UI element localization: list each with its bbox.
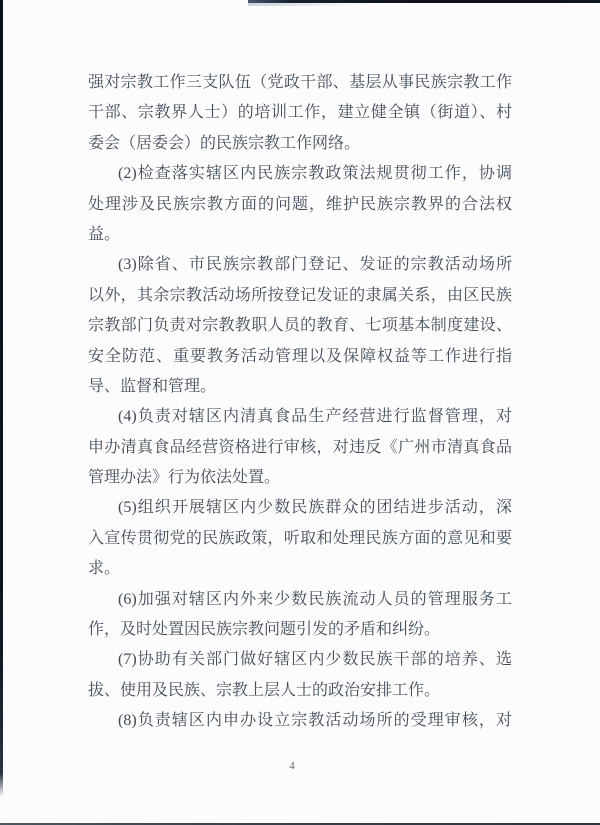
text-line: 申办清真食品经营资格进行审核，对违反《广州市清真食品 [88, 433, 512, 463]
text-line: (4)负责对辖区内清真食品生产经营进行监督管理，对 [88, 402, 512, 432]
text-line: 拔、使用及民族、宗教上层人士的政治安排工作。 [88, 676, 512, 706]
text-line: 干部、宗教界人士）的培训工作，建立健全镇（街道）、村 [88, 98, 512, 128]
text-line: 强对宗教工作三支队伍（党政干部、基层从事民族宗教工作 [88, 68, 512, 98]
text-line: (6)加强对辖区内外来少数民族流动人员的管理服务工 [88, 585, 512, 615]
scan-edge-top [248, 0, 600, 3]
text-line: (7)协助有关部门做好辖区内少数民族干部的培养、选 [88, 645, 512, 675]
text-line: (2)检查落实辖区内民族宗教政策法规贯彻工作，协调 [88, 159, 512, 189]
scan-edge-left [0, 0, 3, 797]
text-line: (5)组织开展辖区内少数民族群众的团结进步活动，深 [88, 493, 512, 523]
text-line: 管理办法》行为依法处置。 [88, 463, 512, 493]
text-line: (3)除省、市民族宗教部门登记、发证的宗教活动场所 [88, 250, 512, 280]
text-line: 委会（居委会）的民族宗教工作网络。 [88, 129, 512, 159]
text-line: 宗教部门负责对宗教教职人员的教育、七项基本制度建设、 [88, 311, 512, 341]
page-number: 4 [280, 759, 304, 773]
text-line: 作，及时处置因民族宗教问题引发的矛盾和纠纷。 [88, 615, 512, 645]
text-line: 处理涉及民族宗教方面的问题，维护民族宗教界的合法权 [88, 190, 512, 220]
text-line: 益。 [88, 220, 512, 250]
text-line: (8)负责辖区内申办设立宗教活动场所的受理审核，对 [88, 706, 512, 736]
document-body-text: 强对宗教工作三支队伍（党政干部、基层从事民族宗教工作干部、宗教界人士）的培训工作… [88, 68, 512, 737]
text-line: 求。 [88, 554, 512, 584]
text-line: 安全防范、重要教务活动管理以及保障权益等工作进行指 [88, 342, 512, 372]
scanned-document-page: 强对宗教工作三支队伍（党政干部、基层从事民族宗教工作干部、宗教界人士）的培训工作… [0, 0, 600, 825]
text-line: 入宣传贯彻党的民族政策，听取和处理民族方面的意见和要 [88, 524, 512, 554]
text-line: 导、监督和管理。 [88, 372, 512, 402]
text-line: 以外，其余宗教活动场所按登记发证的隶属关系，由区民族 [88, 281, 512, 311]
